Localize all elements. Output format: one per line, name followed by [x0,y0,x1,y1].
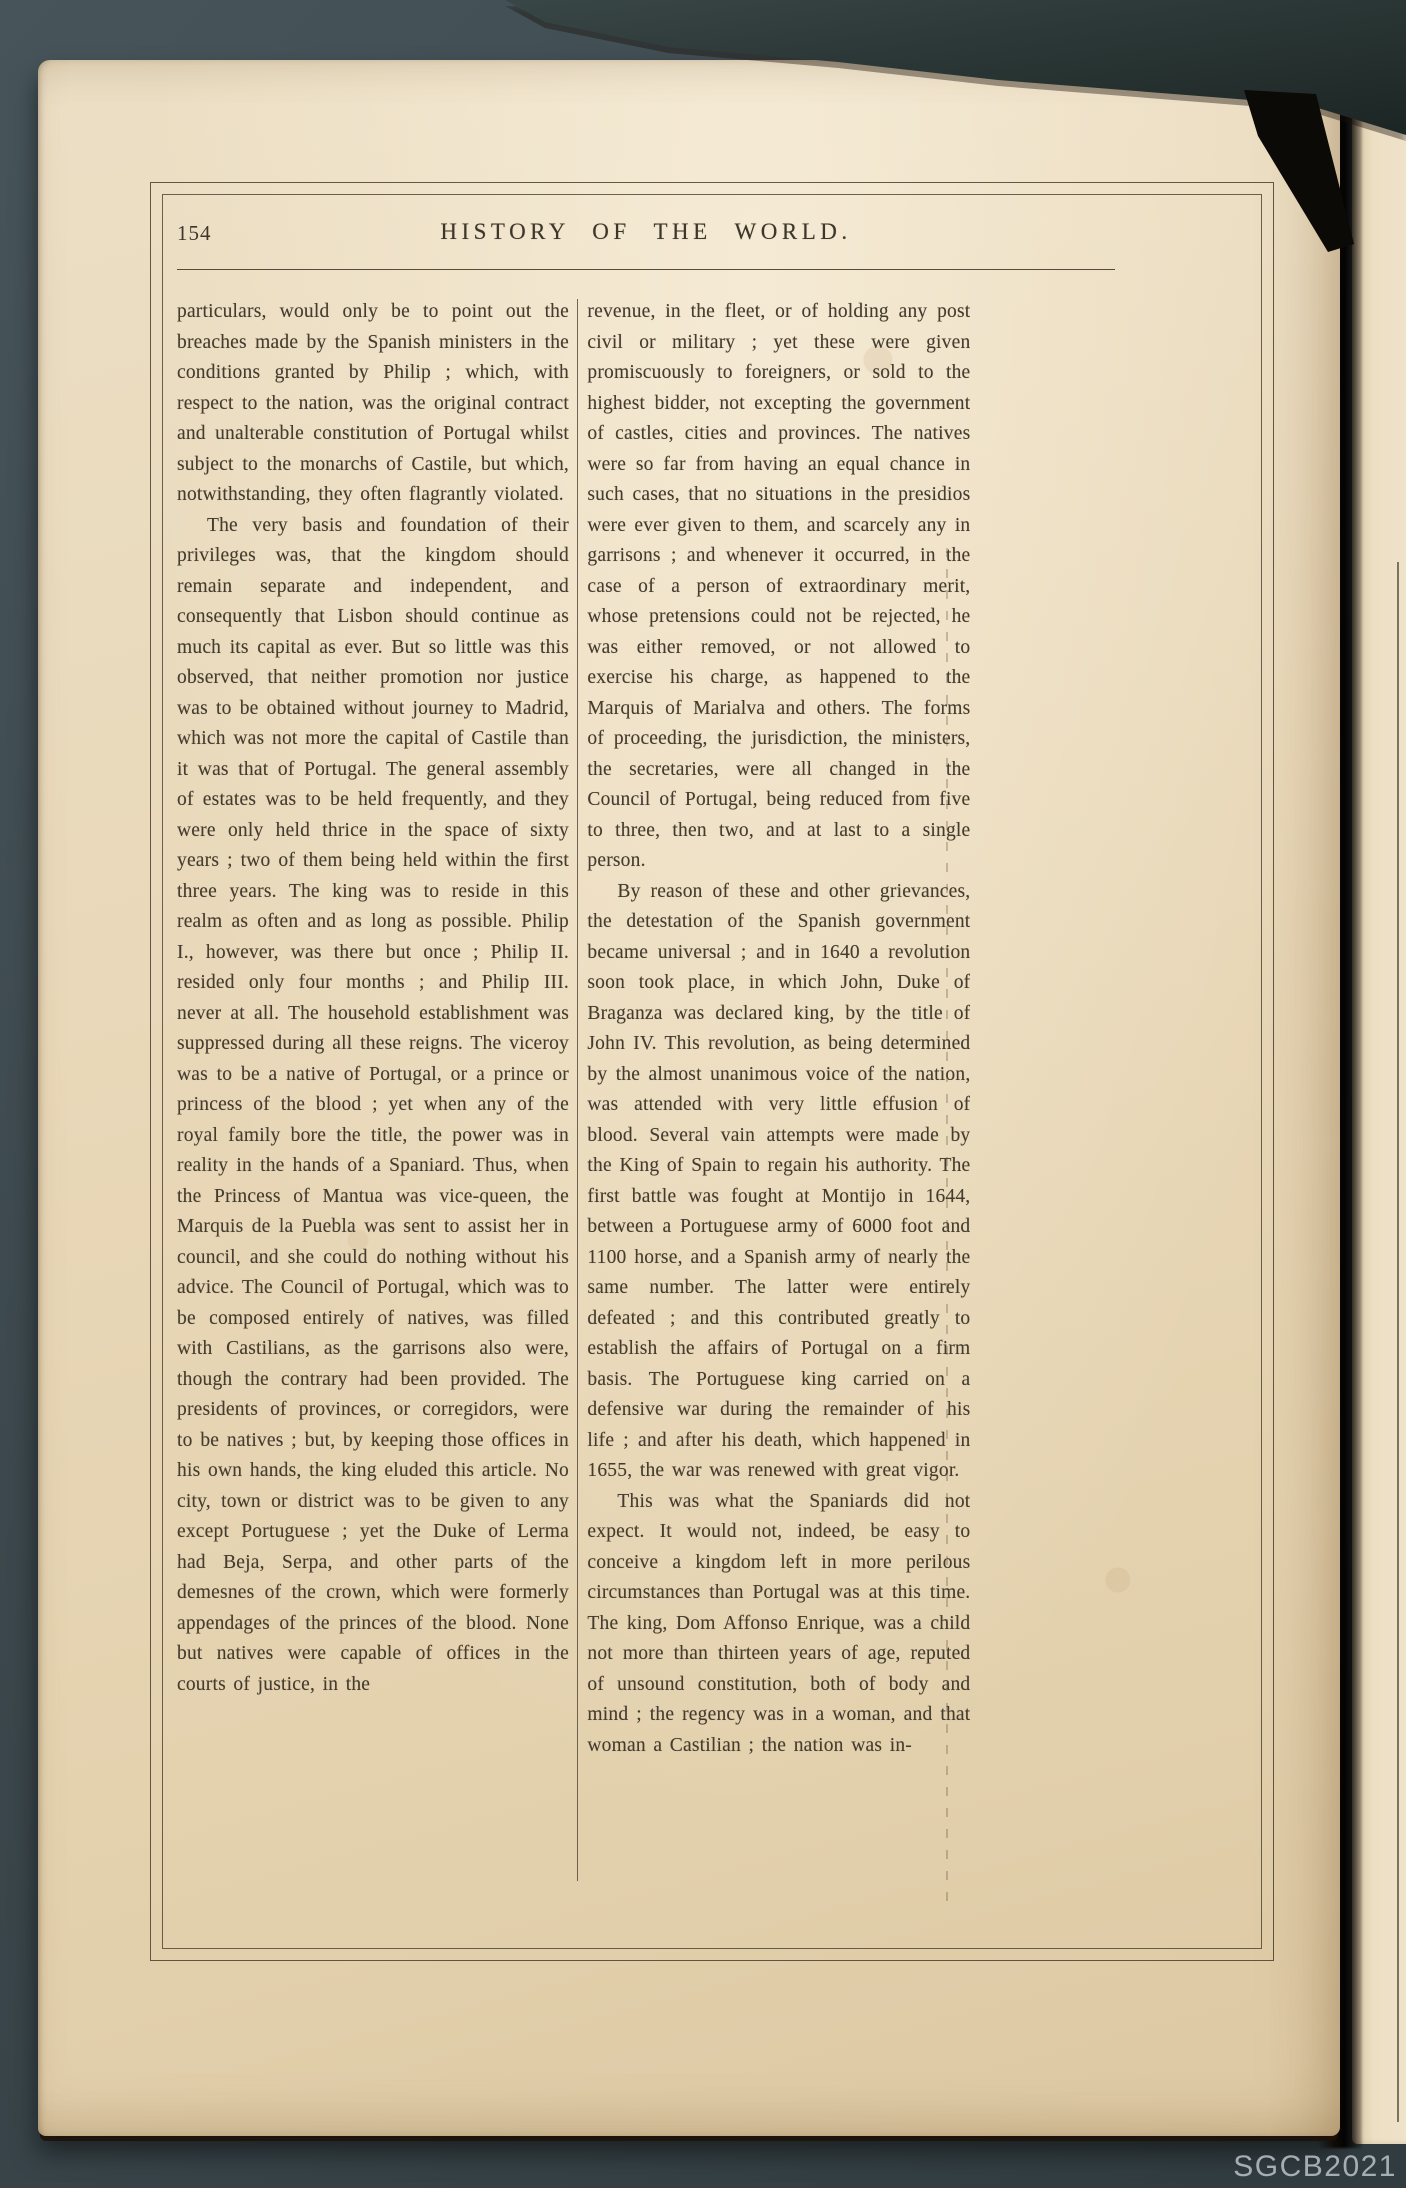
book-page: 154 HISTORY OF THE WORLD. particulars, w… [38,60,1340,2136]
book-photo: 154 HISTORY OF THE WORLD. particulars, w… [0,0,1406,2188]
paragraph: This was what the Spaniards did not expe… [587,1487,970,1762]
text-column-right: revenue, in the fleet, or of holding any… [587,297,970,1897]
text-column-left: particulars, would only be to point out … [177,297,569,1897]
watermark: SGCB2021 [1233,2150,1397,2184]
header-rule [177,269,1115,270]
text-area: particulars, would only be to point out … [177,297,979,1897]
column-divider [577,299,578,1881]
page-frame: 154 HISTORY OF THE WORLD. particulars, w… [150,182,1274,1961]
running-head: HISTORY OF THE WORLD. [177,219,1115,245]
adjacent-page-frame-line [1397,562,1399,2122]
paragraph: By reason of these and other grievances,… [587,877,970,1487]
paragraph: The very basis and foundation of their p… [177,511,569,1701]
paragraph: particulars, would only be to point out … [177,297,569,511]
page-curl-ghost-line [946,548,948,1904]
paragraph: revenue, in the fleet, or of holding any… [587,297,970,877]
